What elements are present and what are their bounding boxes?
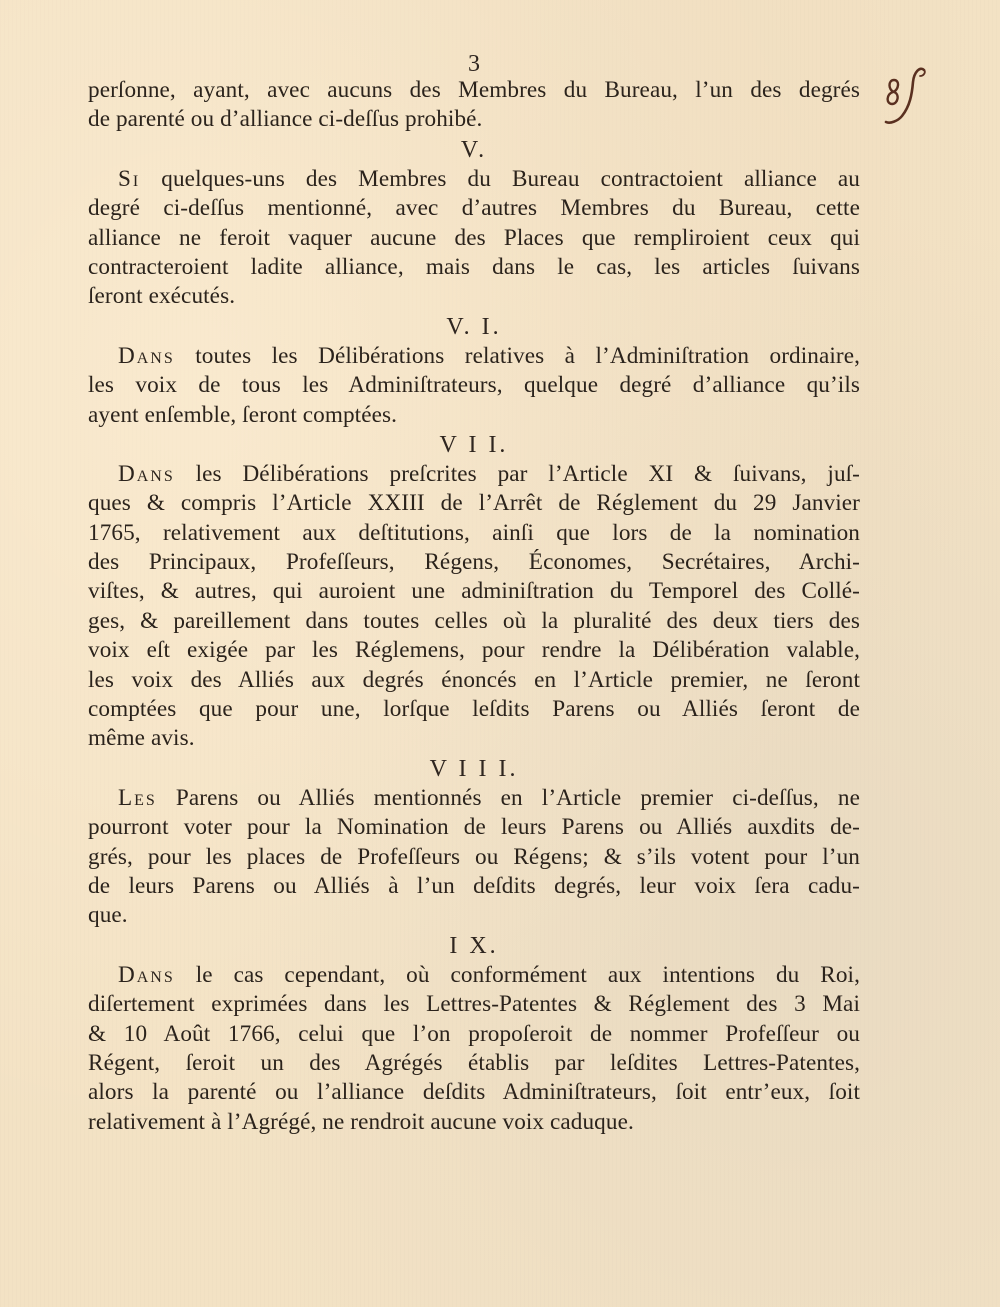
text-line: comptées que pour une, lorſque leſdits P… — [88, 695, 860, 724]
lead-word: Les — [118, 785, 157, 811]
text-line: degré ci-deſſus mentionné, avec d’autres… — [88, 194, 860, 223]
text-line: Les Parens ou Alliés mentionnés en l’Art… — [88, 784, 860, 813]
article-heading: V I I. — [88, 430, 860, 460]
lead-word: Dans — [118, 461, 175, 487]
lead-word: Dans — [118, 343, 175, 369]
text-line: de parenté ou d’alliance ci-deſſus prohi… — [88, 105, 860, 134]
text-line: Régent, ſeroit un des Agrégés établis pa… — [88, 1049, 860, 1078]
text-line: que. — [88, 901, 860, 930]
lead-word: Si — [118, 166, 140, 192]
text-line: Dans les Délibérations preſcrites par l’… — [88, 460, 860, 489]
article-heading: V. — [88, 135, 860, 165]
continuation-paragraph: perſonne, ayant, avec aucuns des Membres… — [88, 76, 860, 135]
text-line: des Principaux, Profeſſeurs, Régens, Éco… — [88, 548, 860, 577]
text-line: grés, pour les places de Profeſſeurs ou … — [88, 843, 860, 872]
handwritten-85-icon — [880, 62, 940, 132]
lead-word: Dans — [118, 962, 175, 988]
text-line: ques & compris l’Article XXIII de l’Arrê… — [88, 489, 860, 518]
text-line: & 10 Août 1766, celui que l’on propoſero… — [88, 1020, 860, 1049]
text-line: relativement à l’Agrégé, ne rendroit auc… — [88, 1108, 860, 1137]
article-vii: V I I. Dans les Délibérations preſcrites… — [88, 430, 860, 754]
text-line: 1765, relativement aux deſtitutions, ain… — [88, 519, 860, 548]
text-line: Dans toutes les Délibérations relatives … — [88, 342, 860, 371]
text-line: voix eſt exigée par les Réglemens, pour … — [88, 636, 860, 665]
text-line: perſonne, ayant, avec aucuns des Membres… — [88, 76, 860, 105]
text-line: alliance ne feroit vaquer aucune des Pla… — [88, 224, 860, 253]
article-vi: V. I. Dans toutes les Délibérations rela… — [88, 312, 860, 430]
page-number: 3 — [88, 52, 860, 76]
article-ix: I X. Dans le cas cependant, où conformém… — [88, 931, 860, 1137]
text-line: les voix de tous les Adminiſtrateurs, qu… — [88, 371, 860, 400]
text-line: les voix des Alliés aux degrés énoncés e… — [88, 666, 860, 695]
article-heading: V. I. — [88, 312, 860, 342]
article-v: V. Si quelques-uns des Membres du Bureau… — [88, 135, 860, 312]
text-line: Si quelques-uns des Membres du Bureau co… — [88, 165, 860, 194]
text-line: contracteroient ladite alliance, mais da… — [88, 253, 860, 282]
handwritten-folio-annotation — [880, 62, 940, 132]
text-line: diſertement exprimées dans les Lettres-P… — [88, 990, 860, 1019]
text-line: de leurs Parens ou Alliés à l’un deſdits… — [88, 872, 860, 901]
text-line: ſeront exécutés. — [88, 282, 860, 311]
text-line: alors la parenté ou l’alliance deſdits A… — [88, 1078, 860, 1107]
text-line: pourront voter pour la Nomination de leu… — [88, 813, 860, 842]
text-line: viſtes, & autres, qui auroient une admin… — [88, 577, 860, 606]
article-heading: V I I I. — [88, 754, 860, 784]
article-heading: I X. — [88, 931, 860, 961]
text-line: Dans le cas cependant, où conformément a… — [88, 961, 860, 990]
article-viii: V I I I. Les Parens ou Alliés mentionnés… — [88, 754, 860, 931]
text-line: ayent enſemble, ſeront comptées. — [88, 401, 860, 430]
page-body: perſonne, ayant, avec aucuns des Membres… — [88, 76, 860, 1137]
text-line: même avis. — [88, 724, 860, 753]
text-line: ges, & pareillement dans toutes celles o… — [88, 607, 860, 636]
